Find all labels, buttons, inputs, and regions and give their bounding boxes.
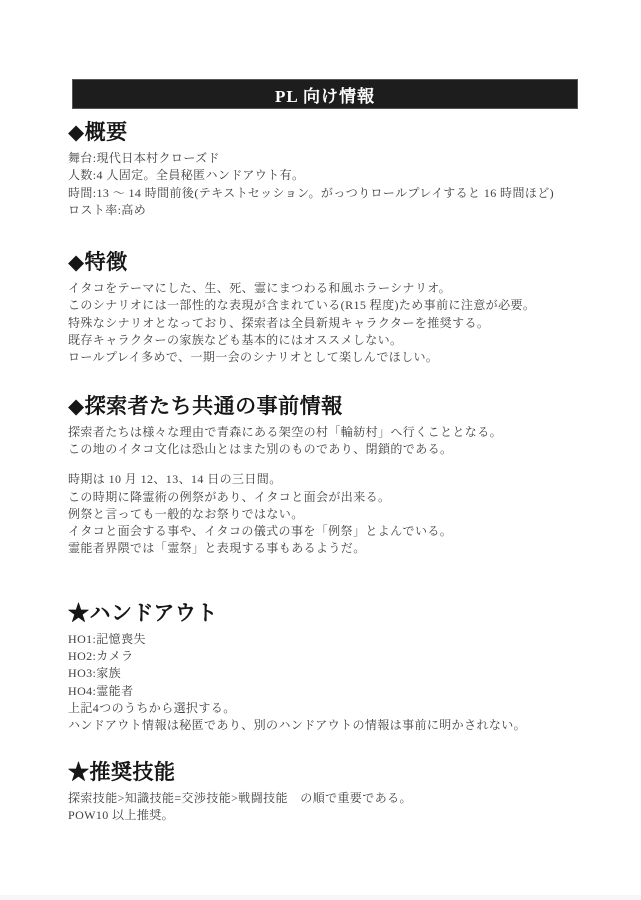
body-line: ロスト率:高め — [68, 202, 585, 219]
body-line: イタコをテーマにした、生、死、霊にまつわる和風ホラーシナリオ。 — [68, 280, 585, 297]
body-line: このシナリオには一部性的な表現が含まれている(R15 程度)ため事前に注意が必要… — [68, 297, 585, 314]
section-body-handouts: HO1:記憶喪失 HO2:カメラ HO3:家族 HO4:霊能者 上記4つのうちか… — [68, 631, 585, 735]
body-line: 霊能者界隈では「霊祭」と表現する事もあるようだ。 — [68, 540, 585, 557]
body-line: この時期に降霊術の例祭があり、イタコと面会が出来る。 — [68, 489, 585, 506]
handout-line: HO2:カメラ — [68, 648, 585, 665]
body-line: 時間:13 〜 14 時間前後(テキストセッション。がっつりロールプレイすると … — [68, 185, 585, 202]
body-line: POW10 以上推奨。 — [68, 807, 585, 824]
handout-line: HO1:記憶喪失 — [68, 631, 585, 648]
section-body-recommended-skills: 探索技能>知識技能=交渉技能>戦闘技能 の順で重要である。 POW10 以上推奨… — [68, 790, 585, 825]
section-body-shared-info-paragraph-1: 探索者たちは様々な理由で青森にある架空の村「輪紡村」へ行くこととなる。 この地の… — [68, 424, 585, 459]
body-line: 舞台:現代日本村クローズド — [68, 150, 585, 167]
page-bottom-edge — [0, 895, 641, 900]
section-heading-recommended-skills: ★推奨技能 — [68, 759, 585, 785]
body-line: 探索者たちは様々な理由で青森にある架空の村「輪紡村」へ行くこととなる。 — [68, 424, 585, 441]
body-line: ハンドアウト情報は秘匿であり、別のハンドアウトの情報は事前に明かされない。 — [68, 717, 585, 734]
section-body-shared-info-paragraph-2: 時期は 10 月 12、13、14 日の三日間。 この時期に降霊術の例祭があり、… — [68, 471, 585, 557]
body-line: 時期は 10 月 12、13、14 日の三日間。 — [68, 471, 585, 488]
document-page: PL 向け情報 ◆概要 舞台:現代日本村クローズド 人数:4 人固定。全員秘匿ハ… — [0, 0, 641, 900]
section-body-features: イタコをテーマにした、生、死、霊にまつわる和風ホラーシナリオ。 このシナリオには… — [68, 280, 585, 366]
section-heading-features: ◆特徴 — [68, 249, 585, 275]
section-body-overview: 舞台:現代日本村クローズド 人数:4 人固定。全員秘匿ハンドアウト有。 時間:1… — [68, 150, 585, 219]
handout-line: HO3:家族 — [68, 665, 585, 682]
page-content: ◆概要 舞台:現代日本村クローズド 人数:4 人固定。全員秘匿ハンドアウト有。 … — [68, 119, 585, 824]
body-line: 探索技能>知識技能=交渉技能>戦闘技能 の順で重要である。 — [68, 790, 585, 807]
title-bar: PL 向け情報 — [72, 79, 578, 109]
body-line: イタコと面会する事や、イタコの儀式の事を「例祭」とよんでいる。 — [68, 523, 585, 540]
body-line: 既存キャラクターの家族なども基本的にはオススメしない。 — [68, 332, 585, 349]
section-heading-shared-info: ◆探索者たち共通の事前情報 — [68, 393, 585, 419]
section-heading-overview: ◆概要 — [68, 119, 585, 145]
body-line: 人数:4 人固定。全員秘匿ハンドアウト有。 — [68, 167, 585, 184]
body-line: 上記4つのうちから選択する。 — [68, 700, 585, 717]
handout-line: HO4:霊能者 — [68, 683, 585, 700]
body-line: ロールプレイ多めで、一期一会のシナリオとして楽しんでほしい。 — [68, 349, 585, 366]
section-heading-handouts: ★ハンドアウト — [68, 600, 585, 626]
page-title: PL 向け情報 — [275, 82, 375, 107]
body-line: 例祭と言っても一般的なお祭りではない。 — [68, 506, 585, 523]
body-line: 特殊なシナリオとなっており、探索者は全員新規キャラクターを推奨する。 — [68, 315, 585, 332]
body-line: この地のイタコ文化は恐山とはまた別のものであり、閉鎖的である。 — [68, 441, 585, 458]
